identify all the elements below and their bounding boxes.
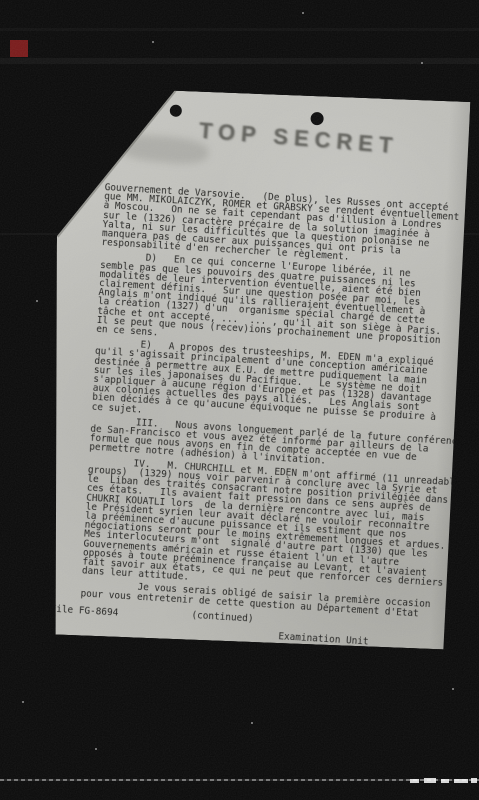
- film-frame: TOP SECRET Gouvernement de Varsovie. (De…: [0, 0, 479, 800]
- paragraph: IV. M. CHURCHILL et M. EDEN m'ont affirm…: [82, 456, 460, 597]
- document-page: TOP SECRET Gouvernement de Varsovie. (De…: [42, 86, 471, 649]
- film-red-marker: [10, 40, 28, 57]
- continued-note: (continued): [191, 611, 254, 624]
- stamp-smudge: [117, 132, 209, 166]
- film-speck: [22, 701, 24, 703]
- paragraphs-container: Gouvernement de Varsovie. (De plus), les…: [80, 183, 476, 620]
- film-speck: [95, 748, 97, 750]
- film-speck: [152, 41, 154, 43]
- film-speck: [452, 688, 454, 690]
- film-streak: [0, 58, 479, 64]
- film-edge-marks: [408, 777, 478, 785]
- film-speck: [251, 722, 253, 724]
- film-streak: [0, 28, 479, 31]
- film-speck: [302, 12, 304, 14]
- file-number: File FG-8694: [50, 604, 118, 617]
- top-secret-stamp: TOP SECRET: [198, 118, 399, 160]
- film-speck: [421, 62, 423, 64]
- document-text: Gouvernement de Varsovie. (De plus), les…: [78, 183, 476, 651]
- punch-hole-right: [310, 112, 323, 125]
- punch-hole-left: [170, 105, 182, 117]
- film-speck: [36, 300, 38, 302]
